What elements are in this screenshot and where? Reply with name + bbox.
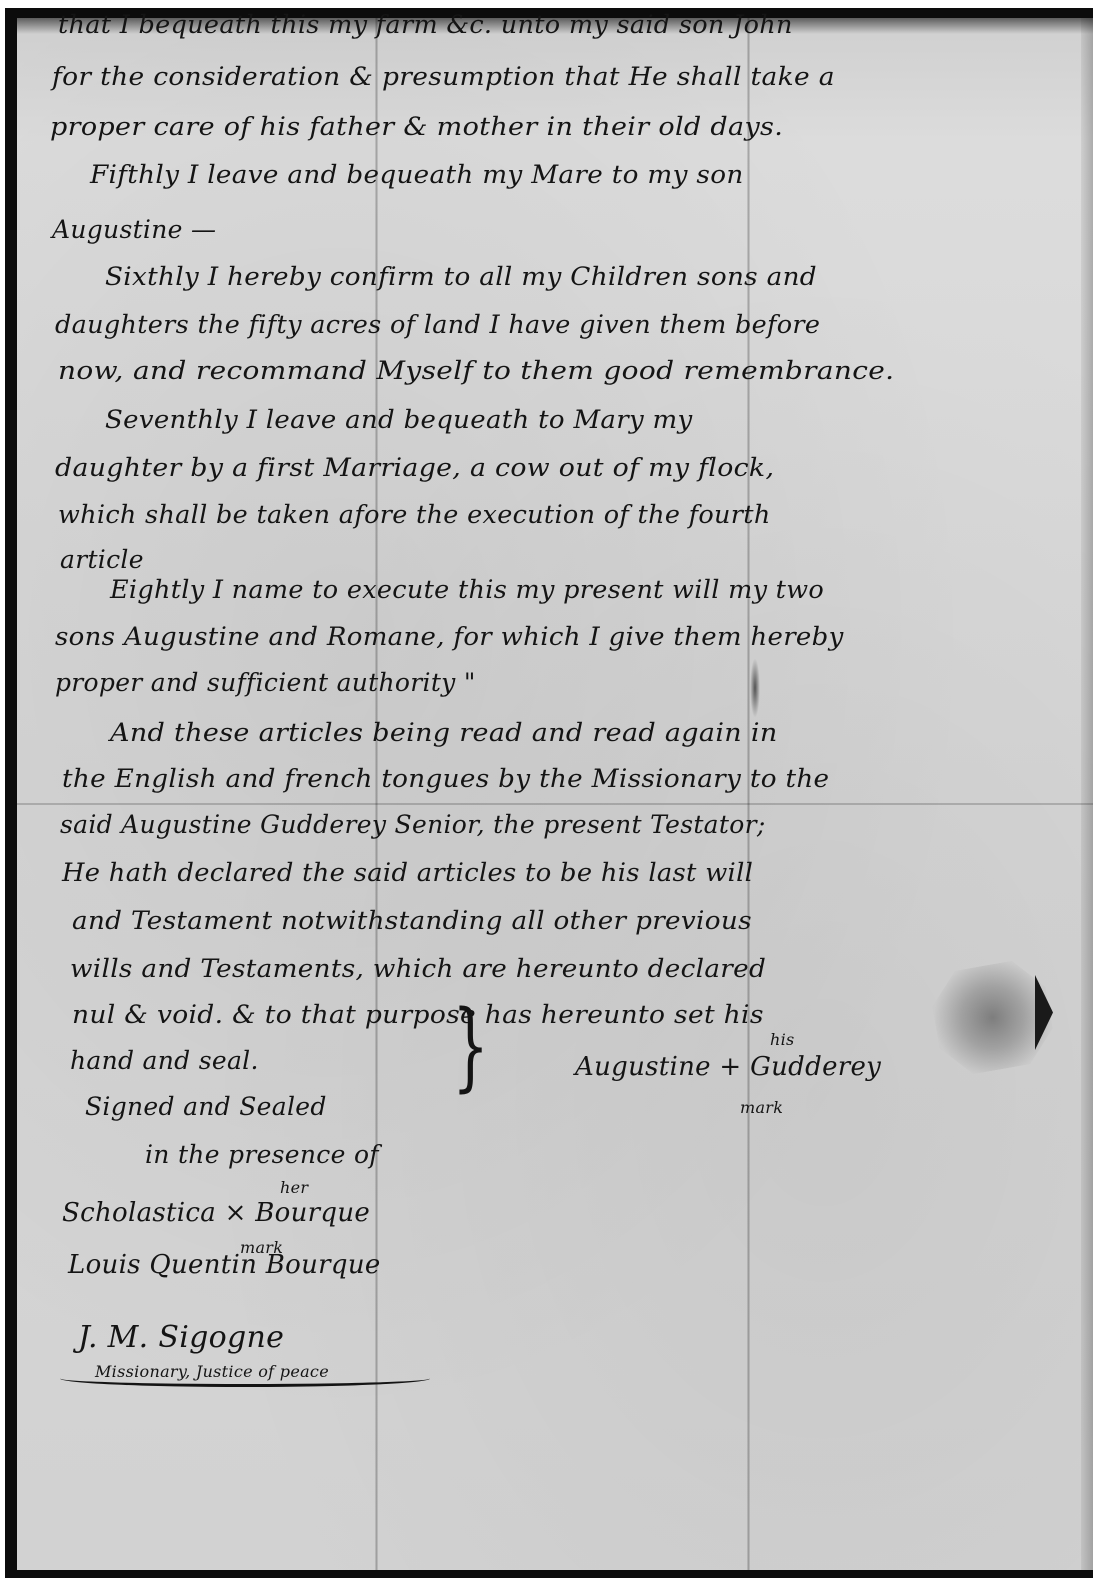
will-line-12: article xyxy=(60,545,144,574)
will-line-21: wills and Testaments, which are hereunto… xyxy=(70,954,766,983)
horizontal-fold xyxy=(17,803,1093,805)
attestation-line-1: Signed and Sealed xyxy=(85,1092,327,1121)
will-line-18: said Augustine Gudderey Senior, the pres… xyxy=(60,810,766,839)
attestation-brace: } xyxy=(452,990,489,1102)
will-line-6: Sixthly I hereby confirm to all my Child… xyxy=(105,262,817,291)
witness-2-signature: Louis Quentin Bourque xyxy=(68,1250,381,1280)
will-line-8: now, and recommand Myself to them good r… xyxy=(58,356,894,385)
testator-his: his xyxy=(770,1030,795,1049)
vertical-fold-right xyxy=(747,18,750,1570)
will-line-19: He hath declared the said articles to be… xyxy=(62,858,753,887)
witness-1-signature: Scholastica × Bourque xyxy=(62,1198,370,1228)
will-line-5: Augustine — xyxy=(52,215,216,244)
will-line-10: daughter by a first Marriage, a cow out … xyxy=(55,453,774,482)
will-line-14: sons Augustine and Romane, for which I g… xyxy=(55,622,844,651)
will-line-17: the English and french tongues by the Mi… xyxy=(62,764,829,793)
will-line-1: that I bequeath this my farm &c. unto my… xyxy=(58,10,793,39)
signature-flourish xyxy=(60,1370,430,1387)
will-line-11: which shall be taken afore the execution… xyxy=(58,500,771,529)
attestation-line-2: in the presence of xyxy=(145,1140,379,1169)
witness-3-signature: J. M. Sigogne xyxy=(78,1320,284,1355)
will-line-4: Fifthly I leave and bequeath my Mare to … xyxy=(90,160,744,189)
will-line-20: and Testament notwithstanding all other … xyxy=(72,906,752,935)
will-line-22: nul & void. & to that purpose has hereun… xyxy=(72,1000,764,1029)
vertical-fold-left xyxy=(375,18,378,1570)
will-line-3: proper care of his father & mother in th… xyxy=(50,112,783,141)
testator-signature: Augustine + Gudderey xyxy=(575,1052,881,1082)
will-line-23: hand and seal. xyxy=(70,1046,259,1075)
will-line-9: Seventhly I leave and bequeath to Mary m… xyxy=(105,405,692,434)
ink-blot xyxy=(750,658,760,718)
will-line-16: And these articles being read and read a… xyxy=(110,718,778,747)
right-edge-strip xyxy=(1081,18,1093,1570)
will-line-13: Eightly I name to execute this my presen… xyxy=(110,575,824,604)
will-line-2: for the consideration & presumption that… xyxy=(52,62,835,91)
testator-mark: mark xyxy=(740,1098,783,1117)
will-line-15: proper and sufficient authority " xyxy=(55,668,476,697)
witness-1-her: her xyxy=(280,1178,308,1197)
will-line-7: daughters the fifty acres of land I have… xyxy=(55,310,820,339)
